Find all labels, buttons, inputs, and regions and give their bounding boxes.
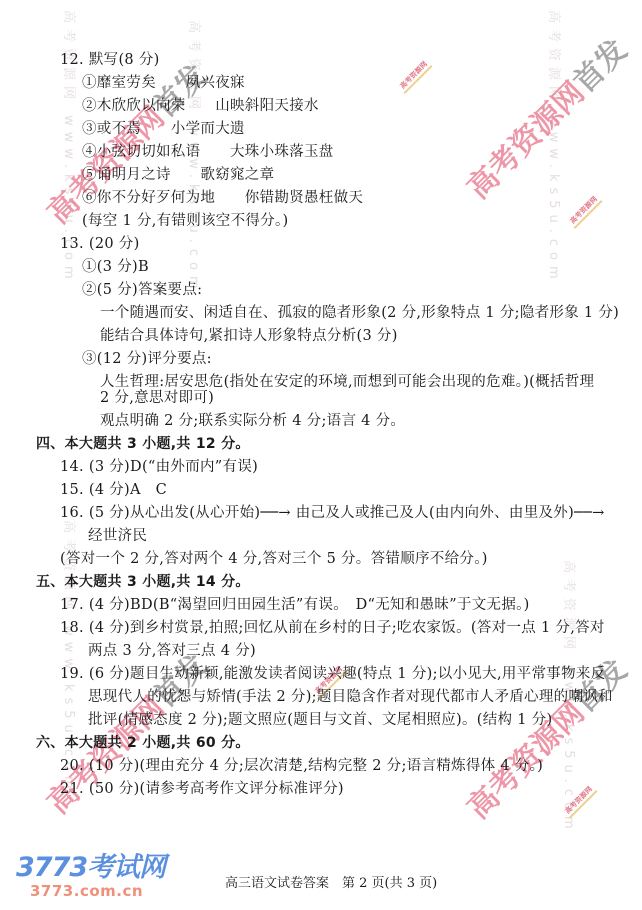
section5-item: 两点 3 分,答对三点 4 分) [88,641,256,661]
section4-note: (答对一个 2 分,答对两个 4 分,答对三个 5 分。答错顺序不给分。) [60,549,488,569]
q12-title: 12. 默写(8 分) [60,50,160,70]
q13-part2-line: 能结合具体诗句,紧扣诗人形象特点分析(3 分) [100,326,398,346]
section4-item: 16. (5 分)从心出发(从心开始)──→ 由己及人或推己及人(由内向外、由里… [60,503,605,523]
section5-item: 19. (6 分)题目生动新颖,能激发读者阅读兴趣(特点 1 分);以小见大,用… [60,664,605,684]
section5-item: 思现代人的忧怨与矫情(手法 2 分);题目隐含作者对现代都市人矛盾心理的嘲讽和 [88,687,613,707]
section4-item: 15. (4 分)A C [60,480,167,500]
document-page: 高考资源网 www.ks5u.com 高考资源网 www.ks5u.com 高考… [0,0,642,910]
q12-answer: ③或不焉 小学而大遗 [82,119,245,139]
q13-part2-title: ②(5 分)答案要点: [82,280,202,300]
q13-part1: ①(3 分)B [82,257,149,277]
watermark-stamp: 高考资源网首发 [455,27,635,207]
q12-answer: ⑥你不分好歹何为地 你错勘贤愚枉做天 [82,188,363,208]
page-footer: 高三语文试卷答案 第 2 页(共 3 页) [225,872,437,891]
q12-note: (每空 1 分,有错则该空不得分。) [82,211,289,231]
section4-item: 14. (3 分)D(“由外而内”有误) [60,457,258,477]
watermark-mini-stamp: 高考资源网 [566,193,602,229]
q13-part3-line: 观点明确 2 分;联系实际分析 4 分;语言 4 分。 [100,411,405,431]
q12-answer: ②木欣欣以向荣 山映斜阳天接水 [82,96,319,116]
section5-item: 批评(情感态度 2 分);题文照应(题目与文首、文尾相照应)。(结构 1 分) [88,710,552,730]
q12-answer: ④小弦切切如私语 大珠小珠落玉盘 [82,142,334,162]
section4-item: 经世济民 [88,526,147,546]
q13-part3-title: ③(12 分)评分要点: [82,349,212,369]
q13-part3-line: 2 分,意思对即可) [100,388,214,408]
q13-part2-line: 一个随遇而安、闲适自在、孤寂的隐者形象(2 分,形象特点 1 分;隐者形象 1 … [100,303,619,323]
section4-heading: 四、本大题共 3 小题,共 12 分。 [36,434,250,454]
section5-item: 18. (4 分)到乡村赏景,拍照;回忆从前在乡村的日子;吃农家饭。(答对一点 … [60,618,605,638]
site-logo-url: 3773.com.cn [30,882,143,900]
section6-item: 21. (50 分)(请参考高考作文评分标准评分) [60,779,344,799]
q12-answer: ①靡室劳矣 夙兴夜寐 [82,73,245,93]
section5-item: 17. (4 分)BD(B“渴望回归田园生活”有误。 D“无知和愚昧”于文无据。… [60,595,530,615]
watermark-vertical-text: 高考资源网 www.ks5u.com [546,10,565,285]
section5-heading: 五、本大题共 3 小题,共 14 分。 [36,572,250,592]
site-logo: 3773考试网 [16,845,165,884]
section6-heading: 六、本大题共 2 小题,共 60 分。 [36,733,250,753]
q13-title: 13. (20 分) [60,234,140,254]
watermark-mini-stamp: 高考资源网 [396,58,432,94]
section6-item: 20. (10 分)(理由充分 4 分;层次清楚,结构完整 2 分;语言精炼得体… [60,756,543,776]
q12-answer: ⑤诵明月之诗 歌窈窕之章 [82,165,274,185]
